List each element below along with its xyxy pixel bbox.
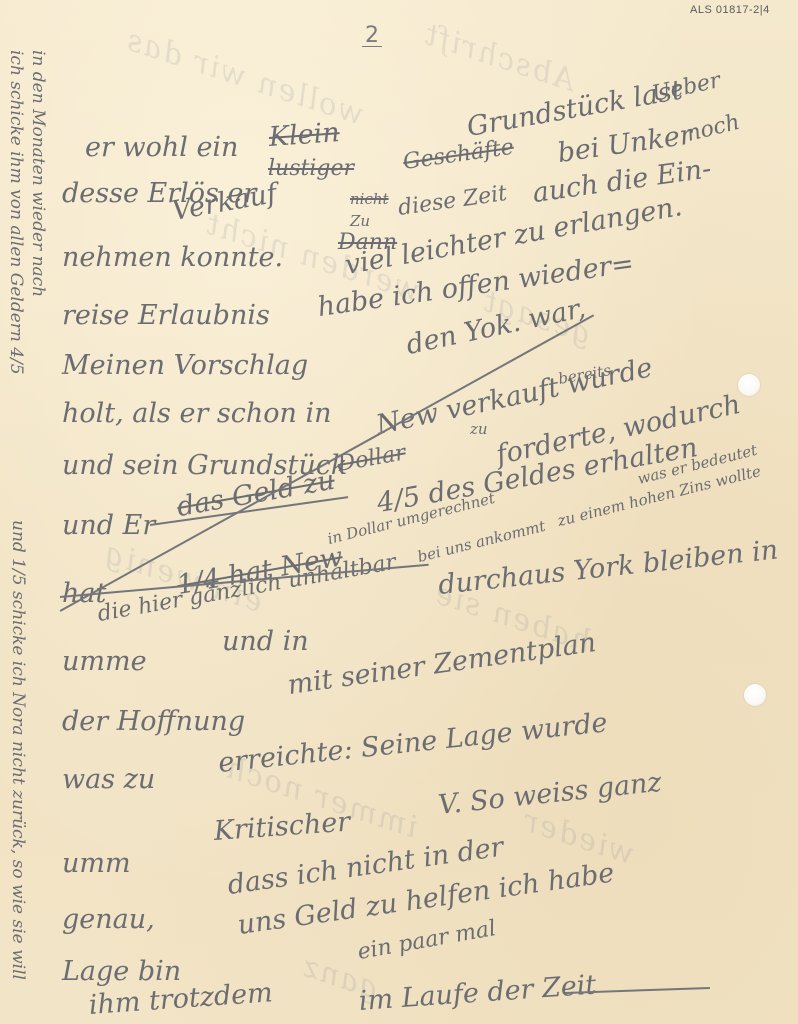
handwriting-line: genau, — [62, 904, 155, 935]
handwriting-line: umm — [62, 848, 131, 879]
struck-word: lustiger — [268, 156, 354, 181]
archive-reference: ALS 01817-2|4 — [690, 4, 770, 16]
handwriting-line: nehmen konnte. — [62, 242, 283, 273]
handwriting-line: was zu — [62, 764, 155, 795]
handwriting-line: der Hoffnung — [62, 706, 245, 737]
handwriting-line: Meinen Vorschlag — [62, 350, 308, 381]
handwriting-line: holt, als er schon in — [62, 398, 332, 429]
handwriting-line: V. So weiss ganz — [437, 767, 663, 821]
struck-word: Dollar — [336, 440, 408, 477]
punch-hole-lower — [744, 684, 766, 706]
handwriting-line: reise Erlaubnis — [62, 300, 270, 331]
margin-note-left: ich schicke ihm von allen Geldern 4/5 — [6, 50, 26, 375]
handwriting-line: und Er — [62, 510, 155, 541]
handwriting-line: Kritischer — [213, 807, 351, 847]
struck-word: Geschäfte — [402, 135, 516, 175]
handwriting-line: und in — [222, 626, 309, 657]
page-number: 2 — [362, 26, 382, 47]
handwriting-line: im Laufe der Zeit — [358, 969, 597, 1017]
struck-word: Klein — [268, 117, 341, 153]
handwriting-line: er wohl ein — [85, 132, 238, 163]
interlinear-insert: nicht — [350, 190, 389, 208]
interlinear-insert: zu — [470, 420, 488, 438]
interlinear-insert: diese Zeit — [397, 181, 509, 221]
punch-hole-upper — [738, 374, 760, 396]
handwriting-line: Lage bin — [62, 956, 181, 987]
handwriting-line: umme — [62, 646, 147, 677]
interlinear-insert: Zu — [350, 212, 370, 230]
letter-page: wollen wir das Abschrift werden nicht ge… — [0, 0, 798, 1024]
margin-note-left: in den Monaten wieder nach — [28, 50, 48, 297]
interlinear-insert: bei uns ankommt — [416, 517, 547, 566]
interlinear-insert: ein paar mal — [356, 916, 498, 965]
margin-note-left: und 1/5 schicke ich Nora nicht zurück, s… — [8, 520, 28, 980]
handwriting-line: mit seiner Zementplan — [286, 627, 598, 701]
handwriting-line: erreichte: Seine Lage wurde — [217, 707, 609, 779]
